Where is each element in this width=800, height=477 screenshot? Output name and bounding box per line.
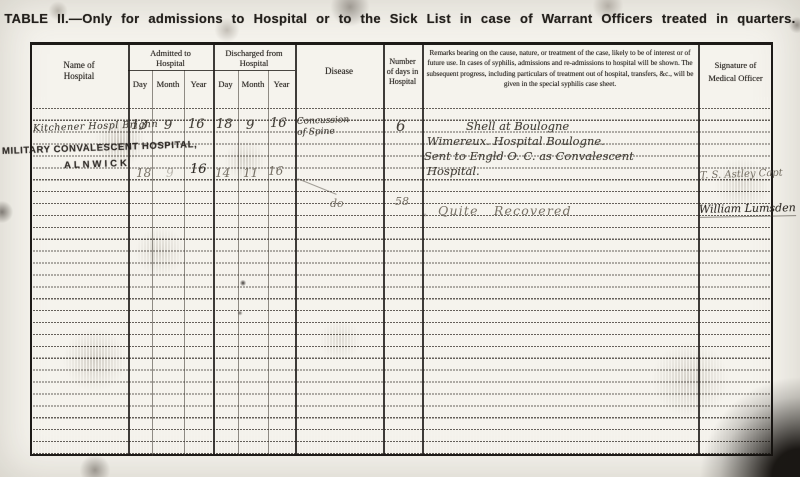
col-header-remarks: Remarks bearing on the cause, nature, or… — [424, 48, 696, 98]
entry1-admitted-year: 16 — [188, 117, 205, 132]
entry2-admitted-month: 9 — [166, 166, 174, 180]
entry2-remarks: Quite Recovered — [438, 203, 572, 218]
table-number-label: TABLE II. — [4, 11, 69, 26]
table-title-text: —Only for admissions to Hospital or to t… — [69, 11, 796, 26]
entry1-admitted-month: 9 — [164, 118, 172, 133]
col-header-name-of-hospital: Name of Hospital — [30, 46, 128, 96]
torn-corner — [650, 347, 800, 477]
col-header-disease: Disease — [295, 46, 383, 96]
col-header-admitted-day: Day — [128, 72, 152, 96]
col-header-admitted-month: Month — [152, 72, 184, 96]
entry1-remarks-line4: Hospital. — [427, 164, 480, 178]
col-header-admitted-group: Admitted to Hospital — [128, 45, 213, 70]
entry1-remarks-line2: Wimereux. Hospital Boulogne. — [427, 134, 605, 148]
entry2-discharged-day: 14 — [215, 166, 230, 180]
entry1-discharged-day: 18 — [216, 117, 233, 132]
entry2-discharged-year: 16 — [268, 164, 283, 178]
column-line-discharged-disease — [295, 42, 297, 456]
entry2-admitted-year: 16 — [190, 162, 207, 177]
page-title: TABLE II.—Only for admissions to Hospita… — [0, 11, 800, 26]
entry1-days-in-hospital: 6 — [396, 117, 406, 135]
entry2-disease-ditto: do — [330, 197, 344, 210]
col-header-discharged-day: Day — [213, 72, 238, 96]
entry1-discharged-month: 9 — [246, 118, 254, 133]
entry2-medical-officer-signature: William Lumsden — [699, 201, 796, 218]
column-line-adm-month-year — [184, 70, 185, 456]
col-header-discharged-group: Discharged from Hospital — [213, 45, 295, 70]
entry1-disease: Concussion of Spine — [297, 115, 350, 138]
column-line-days-remarks — [422, 42, 424, 456]
column-line-admitted-discharged — [213, 42, 215, 456]
col-header-signature: Signature of Medical Officer — [698, 50, 773, 94]
col-header-days-in-hospital: Number of days in Hospital — [383, 46, 422, 98]
entry1-remarks-line3: Sent to Engld O. C. as Convalescent — [424, 149, 634, 163]
column-line-dis-day-month — [238, 70, 239, 456]
entry2-admitted-day: 18 — [136, 166, 151, 180]
entry2-discharged-month: 11 — [243, 166, 258, 180]
col-header-discharged-year: Year — [268, 72, 295, 96]
col-header-discharged-month: Month — [238, 72, 268, 96]
column-line-dis-month-year — [268, 70, 269, 456]
entry1-remarks-line1: Shell at Boulogne — [466, 119, 569, 133]
entry1-admitted-day: 13 — [131, 118, 148, 133]
column-line-disease-days — [383, 42, 385, 456]
discharged-group-underline — [213, 70, 295, 71]
entry1-discharged-year: 16 — [270, 116, 287, 131]
scanned-hospital-admission-record: TABLE II.—Only for admissions to Hospita… — [0, 0, 800, 477]
col-header-admitted-year: Year — [184, 72, 213, 96]
hospital-stamp-line2: ALNWICK — [64, 158, 130, 171]
column-line-name-admitted — [128, 42, 130, 456]
admitted-group-underline — [128, 70, 213, 71]
entry2-days-in-hospital: 58 — [395, 195, 409, 208]
